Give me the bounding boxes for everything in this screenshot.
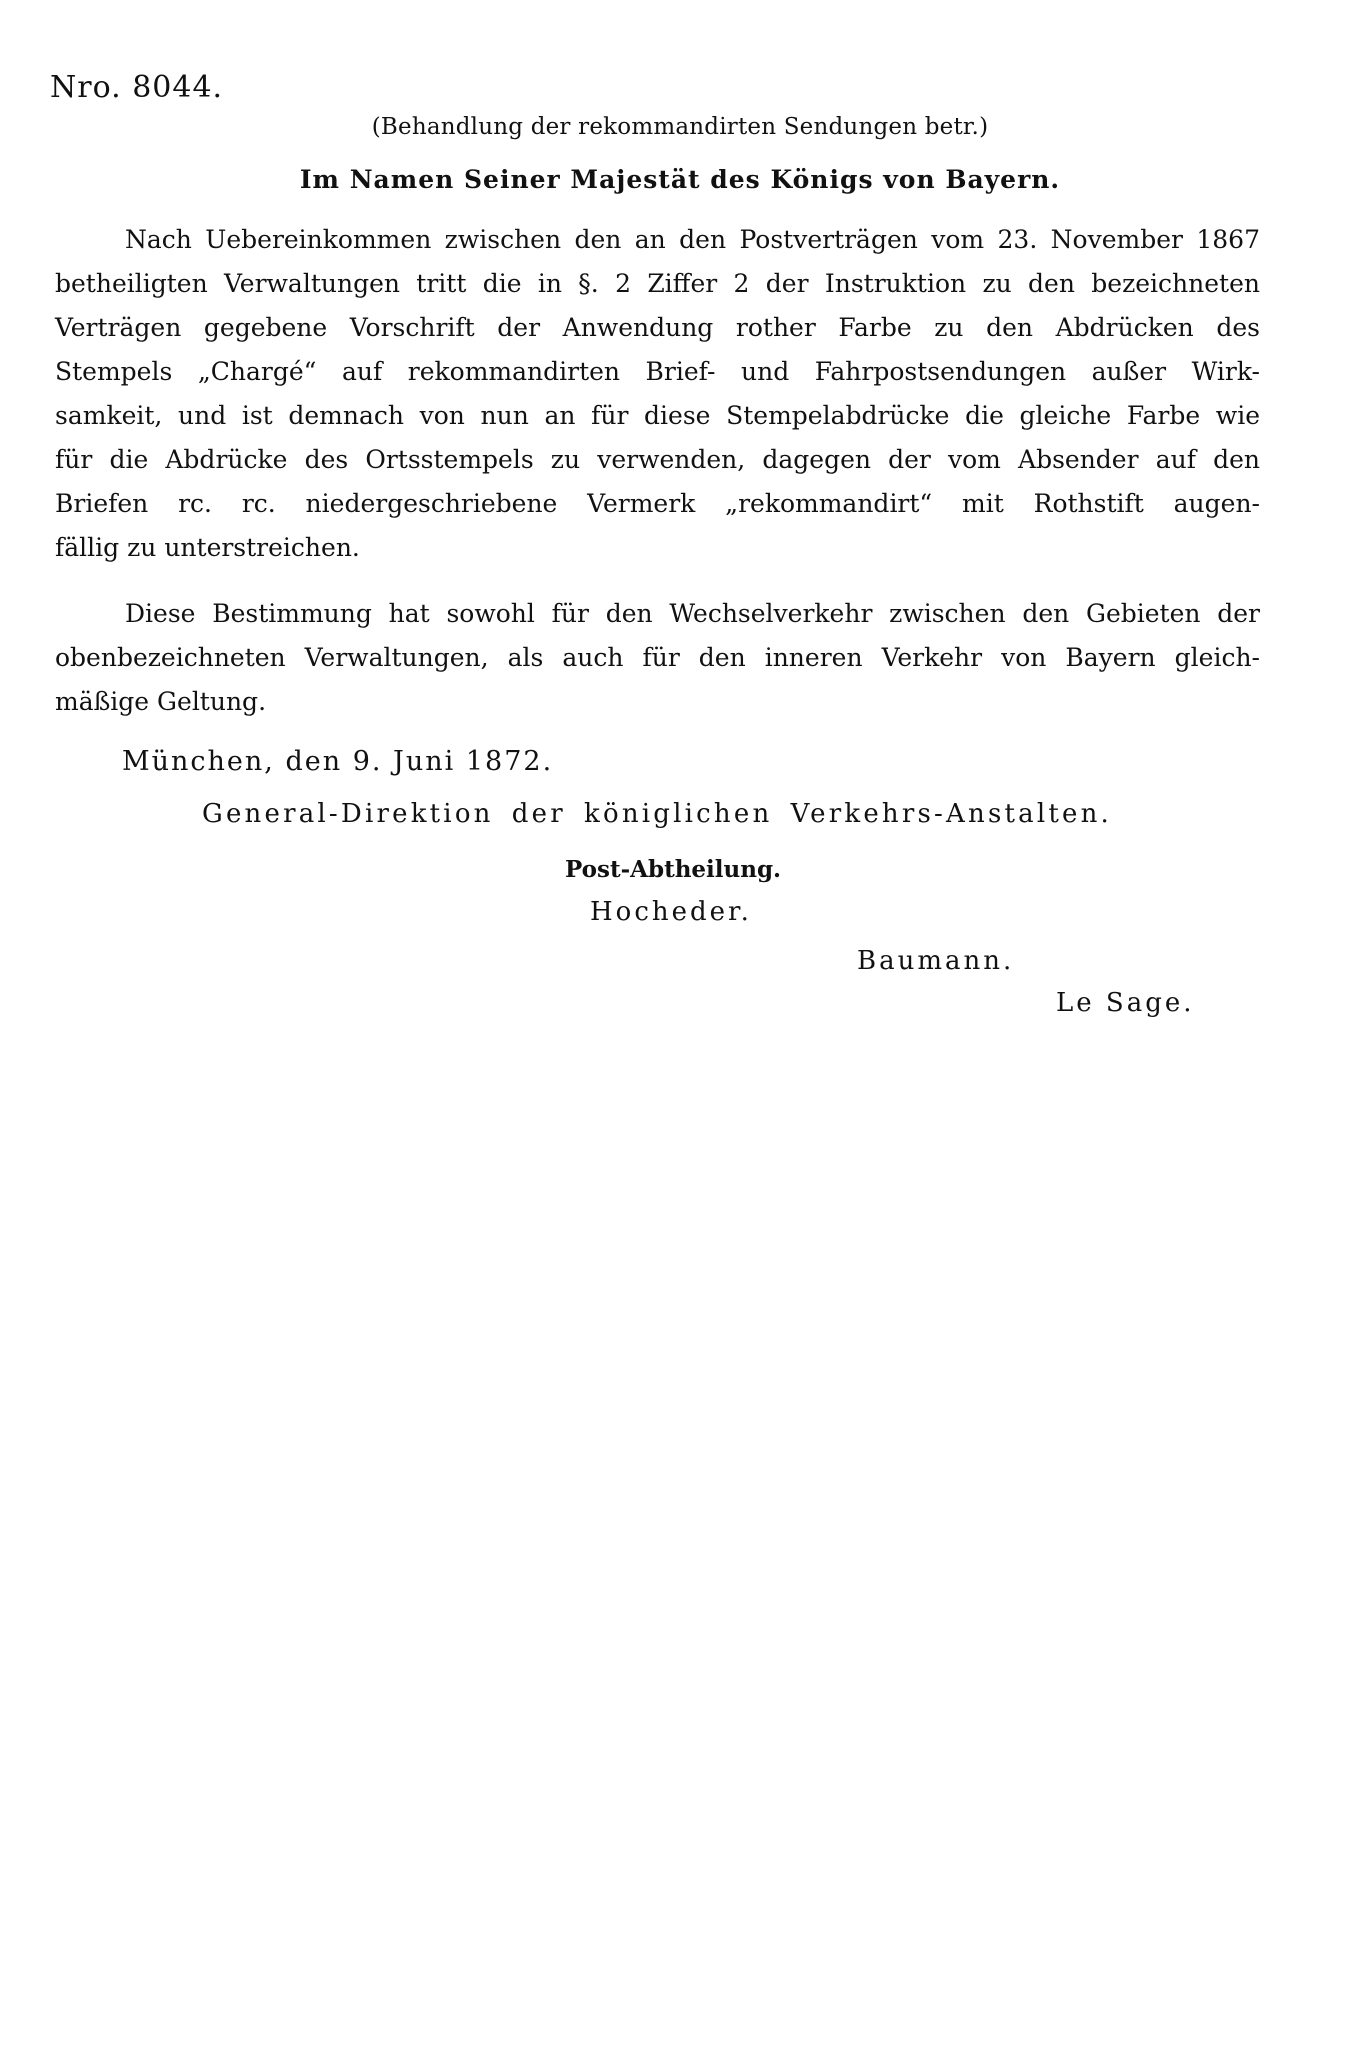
document-heading: Im Namen Seiner Majestät des Königs von … bbox=[0, 165, 1360, 194]
paragraph-line: fällig zu unterstreichen. bbox=[55, 526, 1260, 570]
body-paragraph-2: Diese Bestimmung hat sowohl für den Wech… bbox=[55, 592, 1260, 724]
paragraph-line: Verträgen gegebene Vorschrift der Anwend… bbox=[55, 306, 1260, 350]
document-subtitle: (Behandlung der rekommandirten Sendungen… bbox=[0, 114, 1360, 140]
department: Post-Abtheilung. bbox=[565, 856, 781, 883]
body-paragraph-1: Nach Uebereinkommen zwischen den an den … bbox=[55, 218, 1260, 570]
paragraph-line: Stempels „Chargé“ auf rekommandirten Bri… bbox=[55, 350, 1260, 394]
paragraph-line: samkeit, und ist demnach von nun an für … bbox=[55, 394, 1260, 438]
paragraph-line: für die Abdrücke des Ortsstempels zu ver… bbox=[55, 438, 1260, 482]
signature-hocheder: Hocheder. bbox=[590, 897, 752, 927]
paragraph-line: betheiligten Verwaltungen tritt die in §… bbox=[55, 262, 1260, 306]
document-number: Nro. 8044. bbox=[50, 70, 223, 105]
paragraph-line: mäßige Geltung. bbox=[55, 680, 1260, 724]
signature-baumann: Baumann. bbox=[857, 946, 1014, 976]
place-and-date: München, den 9. Juni 1872. bbox=[122, 746, 553, 777]
paragraph-line: Diese Bestimmung hat sowohl für den Wech… bbox=[55, 592, 1260, 636]
paragraph-line: Nach Uebereinkommen zwischen den an den … bbox=[55, 218, 1260, 262]
issuing-authority: General-Direktion der königlichen Verkeh… bbox=[202, 799, 1112, 829]
signature-le-sage: Le Sage. bbox=[1056, 988, 1195, 1018]
paragraph-line: obenbezeichneten Verwaltungen, als auch … bbox=[55, 636, 1260, 680]
paragraph-line: Briefen rc. rc. niedergeschriebene Verme… bbox=[55, 482, 1260, 526]
